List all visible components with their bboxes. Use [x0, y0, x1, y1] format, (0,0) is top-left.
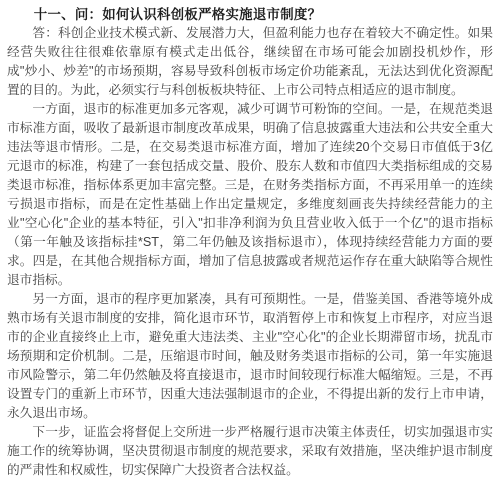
paragraph-next-steps: 下一步，证监会将督促上交所进一步严格履行退市决策主体责任，切实加强退市实施工作的… [7, 423, 493, 480]
paragraph-delisting-procedures: 另一方面，退市的程序更加紧凑，具有可预期性。一是，借鉴美国、香港等境外成熟市场有… [7, 290, 493, 423]
document-title: 十一、问：如何认识科创板严格实施退市制度？ [7, 5, 493, 24]
paragraph-delisting-standards: 一方面，退市的标准更加多元客观，减少可调节可粉饰的空间。一是，在规范类退市标准方… [7, 100, 493, 290]
paragraph-answer-intro: 答：科创企业技术模式新、发展潜力大，但盈利能力也存在着较大不确定性。如果经营失败… [7, 24, 493, 100]
document-page: 十一、问：如何认识科创板严格实施退市制度？ 答：科创企业技术模式新、发展潜力大，… [0, 0, 500, 488]
